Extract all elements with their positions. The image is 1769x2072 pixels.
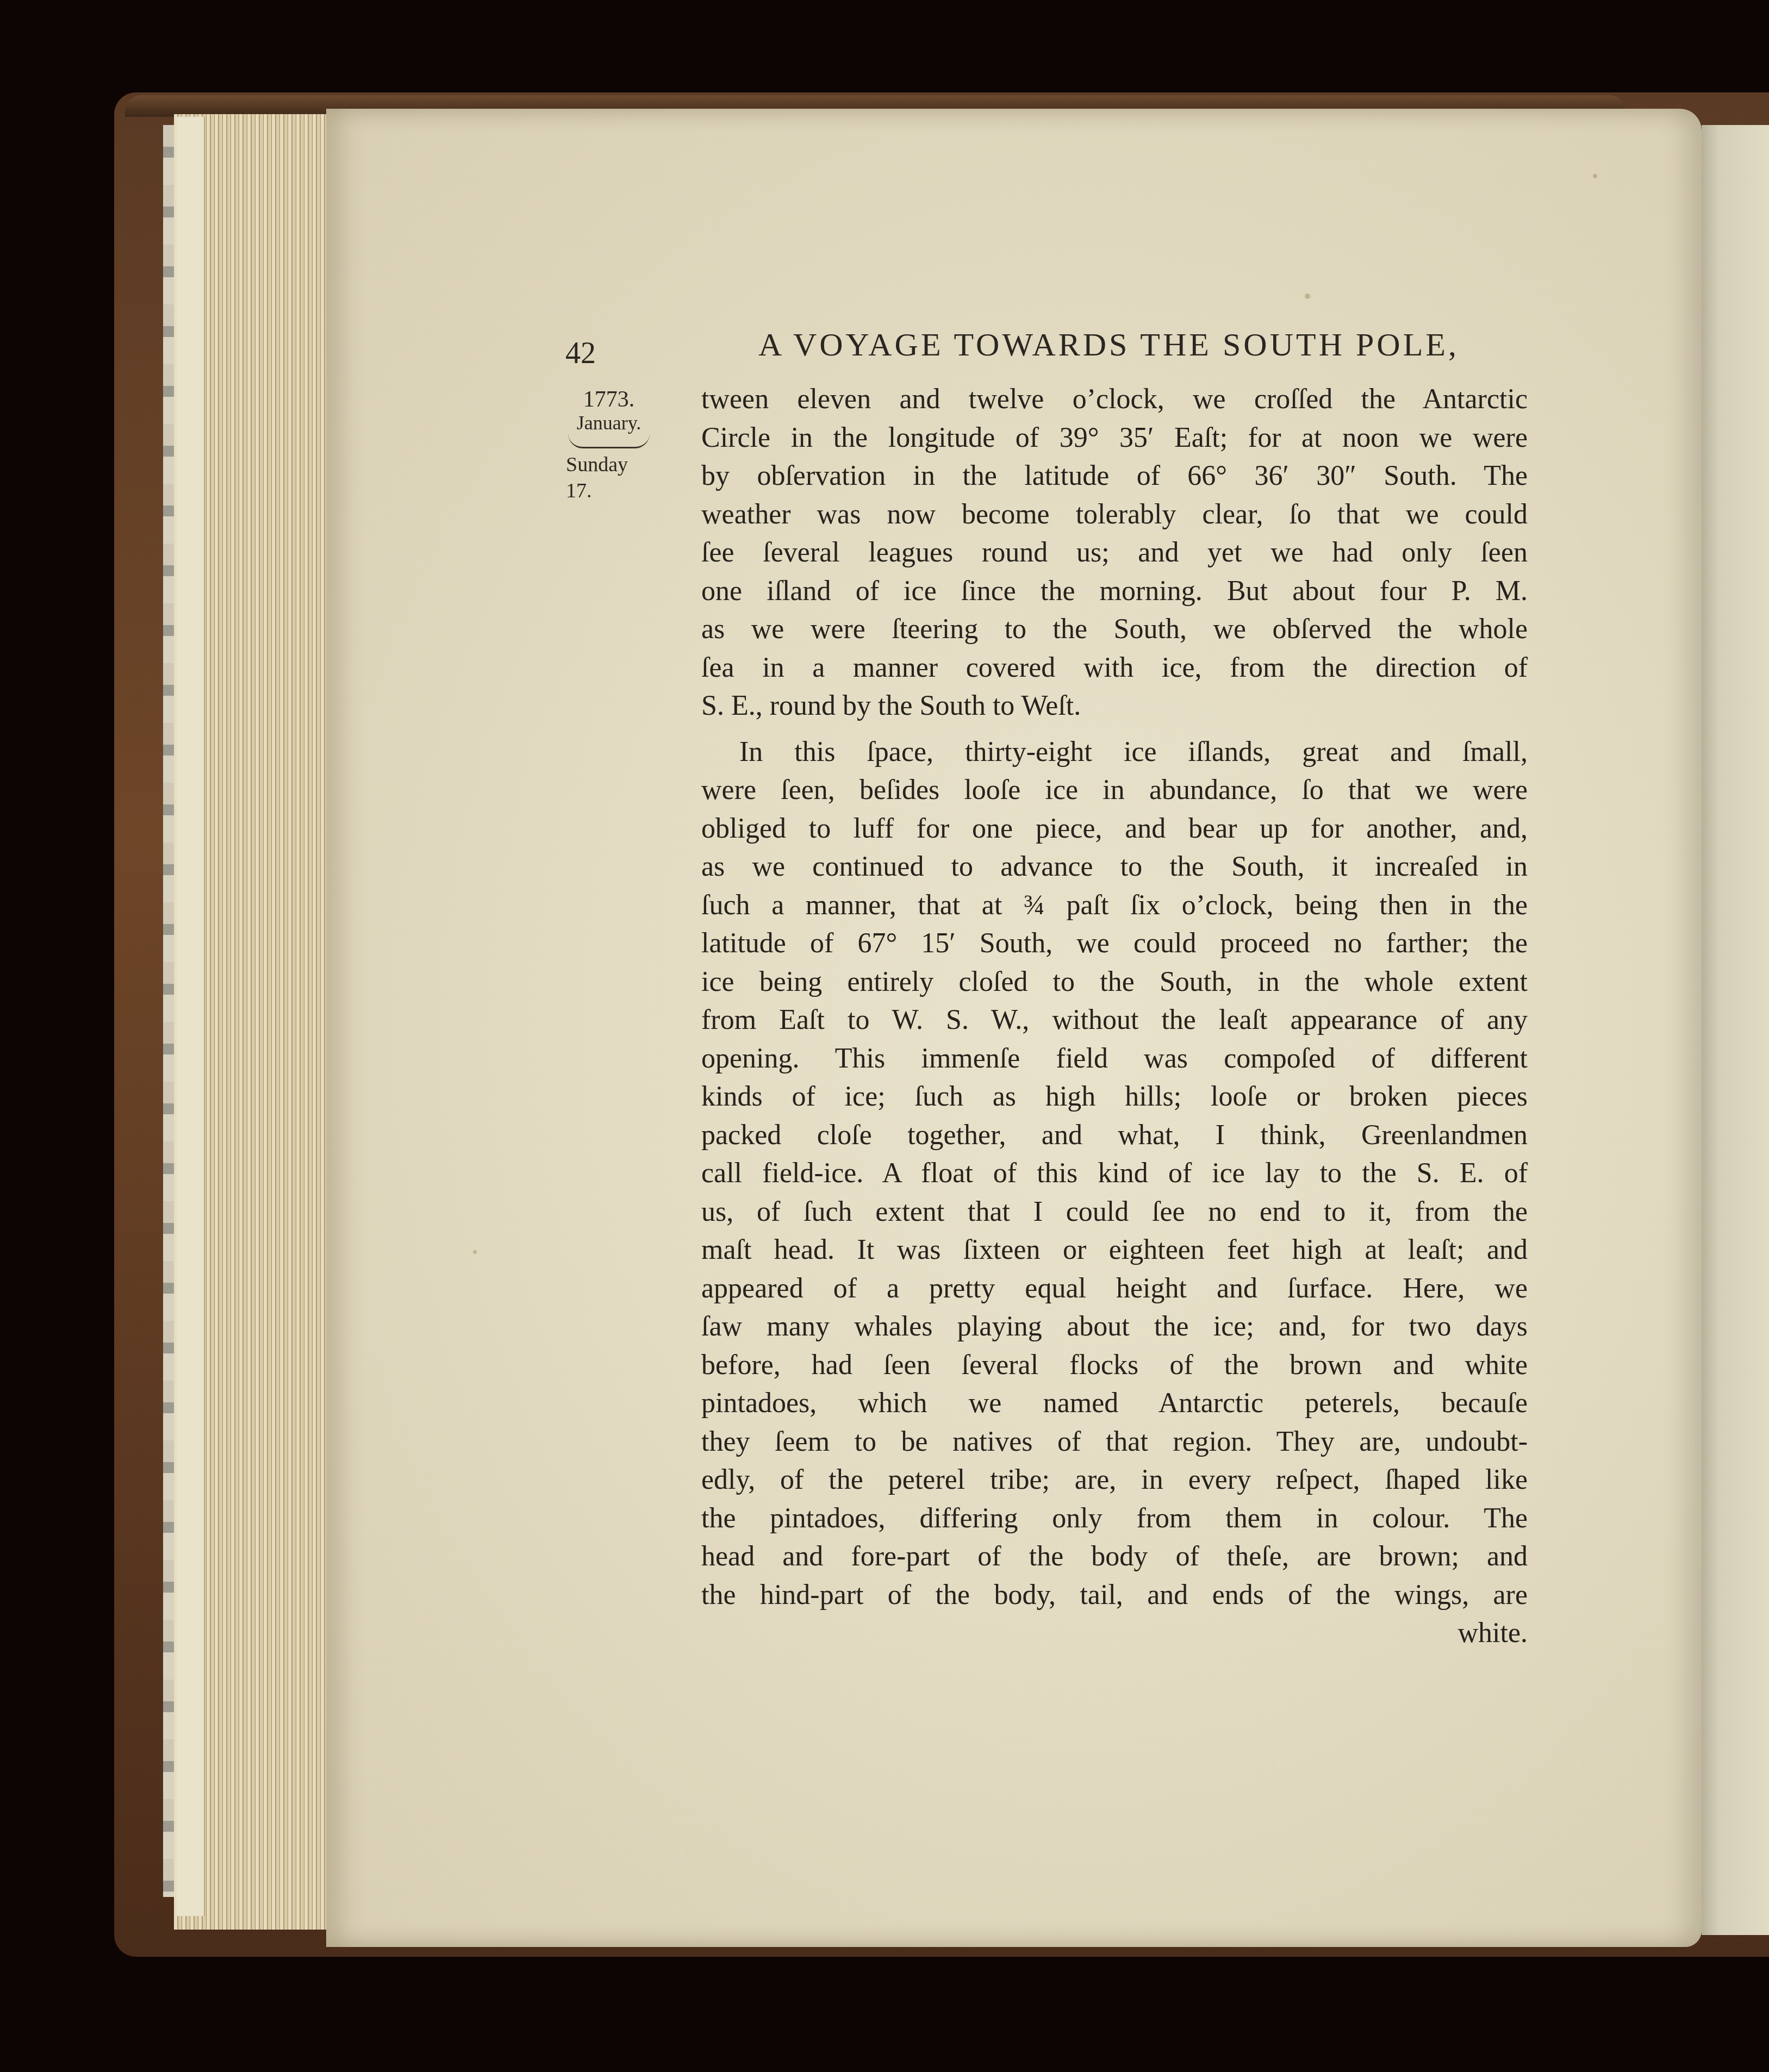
text-line: as we were ſteering to the South, we obſ… — [701, 610, 1528, 649]
text-line: by obſervation in the latitude of 66° 36… — [701, 457, 1528, 496]
text-line: ſaw many whales playing about the ice; a… — [701, 1308, 1528, 1346]
text-line: before, had ſeen ſeveral flocks of the b… — [701, 1346, 1528, 1385]
text-line: call field-ice. A float of this kind of … — [701, 1154, 1528, 1193]
text-line: obliged to luff for one piece, and bear … — [701, 810, 1528, 848]
text-line: tween eleven and twelve o’clock, we croſ… — [701, 380, 1528, 419]
foxing-spot — [1305, 294, 1310, 299]
text-line: Circle in the longitude of 39° 35′ Eaſt;… — [701, 419, 1528, 458]
text-line: packed cloſe together, and what, I think… — [701, 1116, 1528, 1155]
text-line: the hind-part of the body, tail, and end… — [701, 1576, 1528, 1615]
text-line: edly, of the peterel tribe; are, in ever… — [701, 1461, 1528, 1500]
text-line: weather was now become tolerably clear, … — [701, 496, 1528, 534]
text-line: ſee ſeveral leagues round us; and yet we… — [701, 534, 1528, 572]
text-line: ice being entirely cloſed to the South, … — [701, 963, 1528, 1002]
text-line: In this ſpace, thirty-eight ice iſlands,… — [701, 733, 1528, 772]
page-number: 42 — [565, 336, 596, 371]
text-line: appeared of a pretty equal height and ſu… — [701, 1270, 1528, 1308]
text-line: kinds of ice; ſuch as high hills; looſe … — [701, 1078, 1528, 1116]
text-line: as we continued to advance to the South,… — [701, 848, 1528, 887]
body-text: tween eleven and twelve o’clock, we croſ… — [701, 380, 1528, 1653]
margin-month: January. — [563, 412, 655, 434]
text-line: they ſeem to be natives of that region. … — [701, 1423, 1528, 1462]
margin-date-note: 1773. January. Sunday 17. — [563, 387, 655, 504]
facing-page-edge — [1702, 125, 1769, 1935]
paragraph-2: In this ſpace, thirty-eight ice iſlands,… — [701, 733, 1528, 1653]
text-line: us, of ſuch extent that I could ſee no e… — [701, 1193, 1528, 1232]
text-line: pintadoes, which we named Antarctic pete… — [701, 1384, 1528, 1423]
text-line: ſuch a manner, that at ¾ paſt ſix o’cloc… — [701, 887, 1528, 925]
text-line: latitude of 67° 15′ South, we could proc… — [701, 925, 1528, 963]
text-line: white. — [701, 1614, 1528, 1653]
foxing-spot — [1593, 174, 1597, 178]
brace-divider — [568, 434, 650, 448]
page-header: 42 A VOYAGE TOWARDS THE SOUTH POLE, — [565, 326, 1522, 370]
text-line: the pintadoes, differing only from them … — [701, 1500, 1528, 1538]
text-line: S. E., round by the South to Weſt. — [701, 687, 1528, 726]
paragraph-1: tween eleven and twelve o’clock, we croſ… — [701, 380, 1528, 726]
text-line: ſea in a manner covered with ice, from t… — [701, 649, 1528, 688]
text-line: head and fore-part of the body of theſe,… — [701, 1538, 1528, 1576]
foxing-spot — [473, 1250, 477, 1254]
margin-day: Sunday 17. — [563, 452, 655, 504]
flyleaf — [177, 117, 205, 1916]
text-line: maſt head. It was ſixteen or eighteen fe… — [701, 1231, 1528, 1270]
text-line: opening. This immenſe field was compoſed… — [701, 1040, 1528, 1078]
text-line: from Eaſt to W. S. W., without the leaſt… — [701, 1001, 1528, 1040]
text-line: were ſeen, beſides looſe ice in abundanc… — [701, 771, 1528, 810]
text-line: one iſland of ice ſince the morning. But… — [701, 572, 1528, 611]
running-head-title: A VOYAGE TOWARDS THE SOUTH POLE, — [758, 326, 1459, 364]
margin-year: 1773. — [563, 387, 655, 412]
paragraph-gap — [701, 726, 1528, 733]
